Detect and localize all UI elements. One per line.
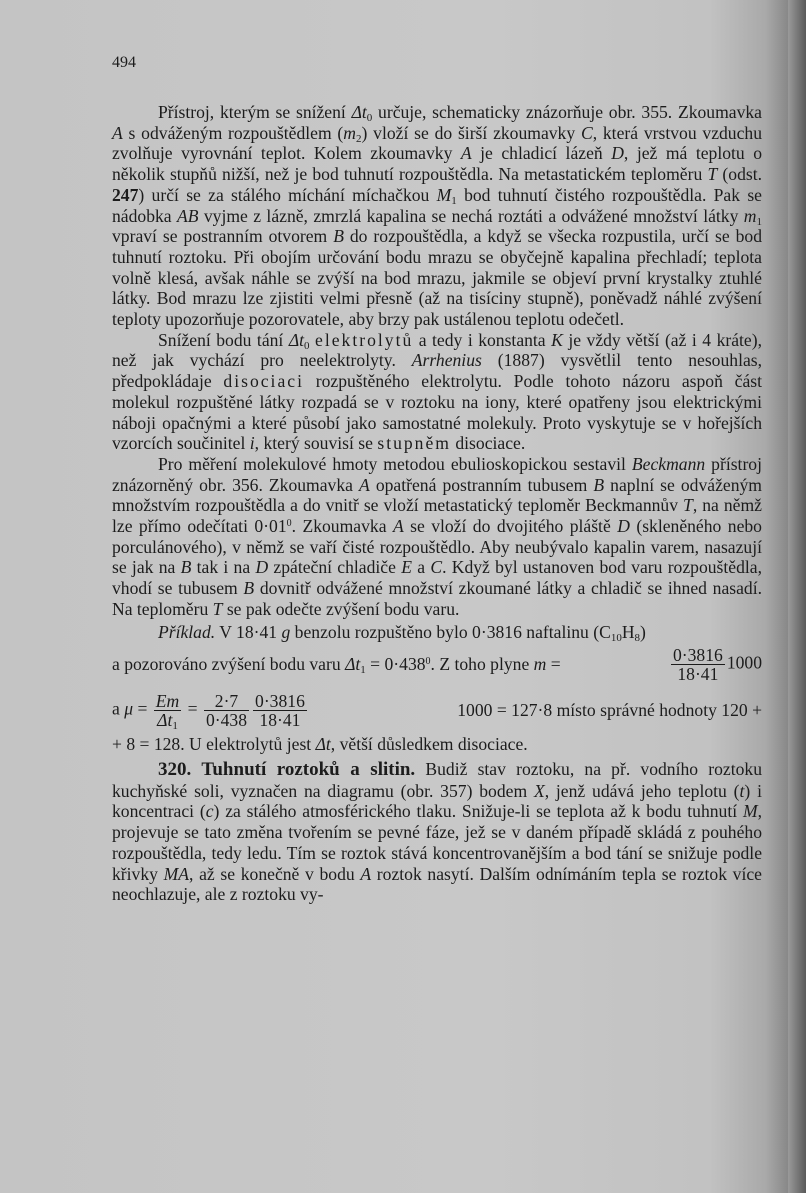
paragraph-electrolytes: Snížení bodu tání Δt0 elektrolytů a tedy… [112,330,762,454]
example-line-3: a μ = EmΔt1 = 2·70·4380·381618·41 1000 =… [112,686,762,734]
worked-example: Příklad. V 18·41 g benzolu rozpuštěno by… [112,622,762,755]
page-number: 494 [112,54,136,72]
page-body: Přístroj, kterým se snížení Δt0 určuje, … [112,102,762,905]
book-spine-shadow [788,0,806,1193]
paragraph-apparatus: Přístroj, kterým se snížení Δt0 určuje, … [112,102,762,330]
example-line-1: Příklad. V 18·41 g benzolu rozpuštěno by… [112,622,762,643]
section-heading: 320. Tuhnutí roztoků a slitin. [158,759,415,780]
example-line-4: + 8 = 128. U elektrolytů jest Δt, větší … [112,734,762,755]
paragraph-ebullioscopy: Pro měření molekulové hmoty metodou ebul… [112,454,762,620]
book-page: 494 Přístroj, kterým se snížení Δt0 urču… [0,0,806,1193]
fraction-2-7: 2·70·438 [204,692,249,729]
section-320: 320. Tuhnutí roztoků a slitin. Budiž sta… [112,759,762,905]
fraction-0-3816: 0·381618·41 [253,692,307,729]
example-line-2: a pozorováno zvýšení bodu varu Δt1 = 0·4… [112,642,762,686]
fraction-em-dt: EmΔt1 [154,692,181,729]
fraction-m: 0·381618·41 [671,646,725,683]
